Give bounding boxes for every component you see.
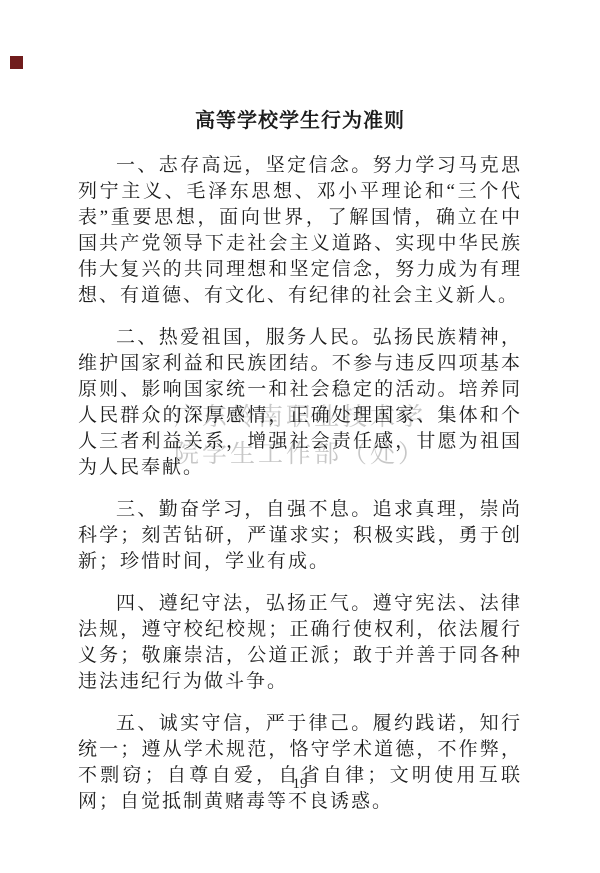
red-corner-marker bbox=[10, 56, 23, 69]
body-paragraph: 四、遵纪守法，弘扬正气。遵守宪法、法律法规，遵守校纪校规；正确行使权利，依法履行… bbox=[78, 591, 522, 695]
page-number: 19 bbox=[0, 776, 600, 793]
body-paragraph: 三、勤奋学习，自强不息。追求真理，崇尚科学；刻苦钻研，严谨求实；积极实践，勇于创… bbox=[78, 497, 522, 575]
document-page: 广东岭南职业技术学 院学生工作部（处） 高等学校学生行为准则 一、志存高远，坚定… bbox=[0, 0, 600, 873]
body-paragraph: 五、诚实守信，严于律己。履约践诺，知行统一；遵从学术规范，恪守学术道德，不作弊，… bbox=[78, 711, 522, 815]
body-paragraph: 一、志存高远，坚定信念。努力学习马克思列宁主义、毛泽东思想、邓小平理论和“三个代… bbox=[78, 153, 522, 309]
page-title: 高等学校学生行为准则 bbox=[78, 107, 522, 136]
document-body: 高等学校学生行为准则 一、志存高远，坚定信念。努力学习马克思列宁主义、毛泽东思想… bbox=[78, 107, 522, 831]
body-paragraph: 二、热爱祖国，服务人民。弘扬民族精神，维护国家利益和民族团结。不参与违反四项基本… bbox=[78, 325, 522, 481]
